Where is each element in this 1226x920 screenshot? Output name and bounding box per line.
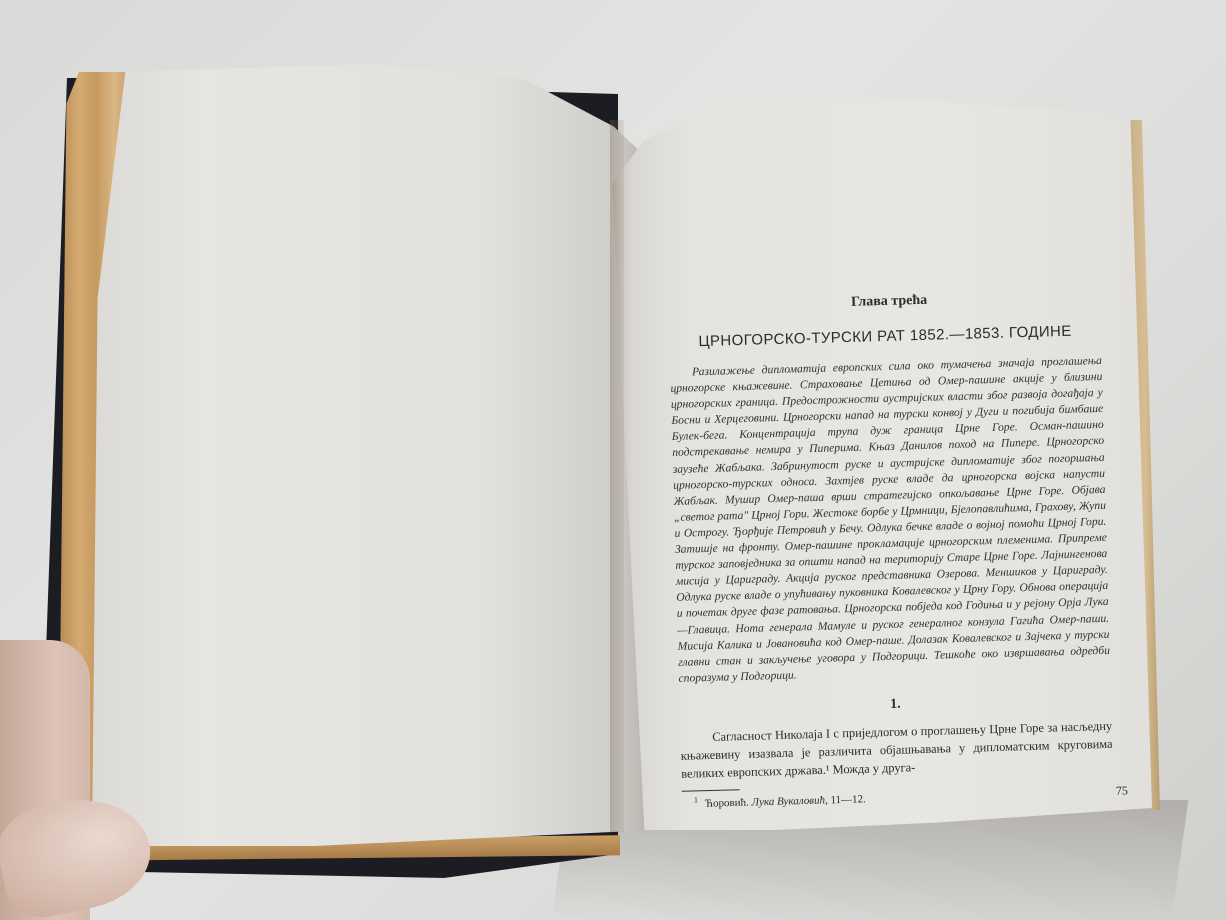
page-number: 75 bbox=[1116, 783, 1128, 798]
photo-scene: Глава трећа ЦРНОГОРСКО-ТУРСКИ РАТ 1852.—… bbox=[0, 0, 1226, 920]
section-number: 1. bbox=[679, 691, 1111, 719]
body-paragraph: Сагласност Николаја I с приједлогом о пр… bbox=[680, 717, 1113, 783]
footnote-pages: 11—12. bbox=[830, 793, 866, 806]
printed-text-block: Глава трећа ЦРНОГОРСКО-ТУРСКИ РАТ 1852.—… bbox=[668, 288, 1114, 811]
book-gutter bbox=[610, 120, 624, 832]
footnote-title: Лука Вукаловић, bbox=[751, 794, 828, 808]
footnote-author: Ћоровић. bbox=[705, 796, 749, 809]
footnote-marker: 1 bbox=[694, 795, 698, 804]
footnote-divider bbox=[682, 789, 740, 792]
chapter-title: ЦРНОГОРСКО-ТУРСКИ РАТ 1852.—1853. ГОДИНЕ bbox=[669, 322, 1101, 351]
left-page-blank bbox=[92, 64, 647, 846]
chapter-summary: Разилажење дипломатија европских сила ок… bbox=[670, 353, 1111, 687]
